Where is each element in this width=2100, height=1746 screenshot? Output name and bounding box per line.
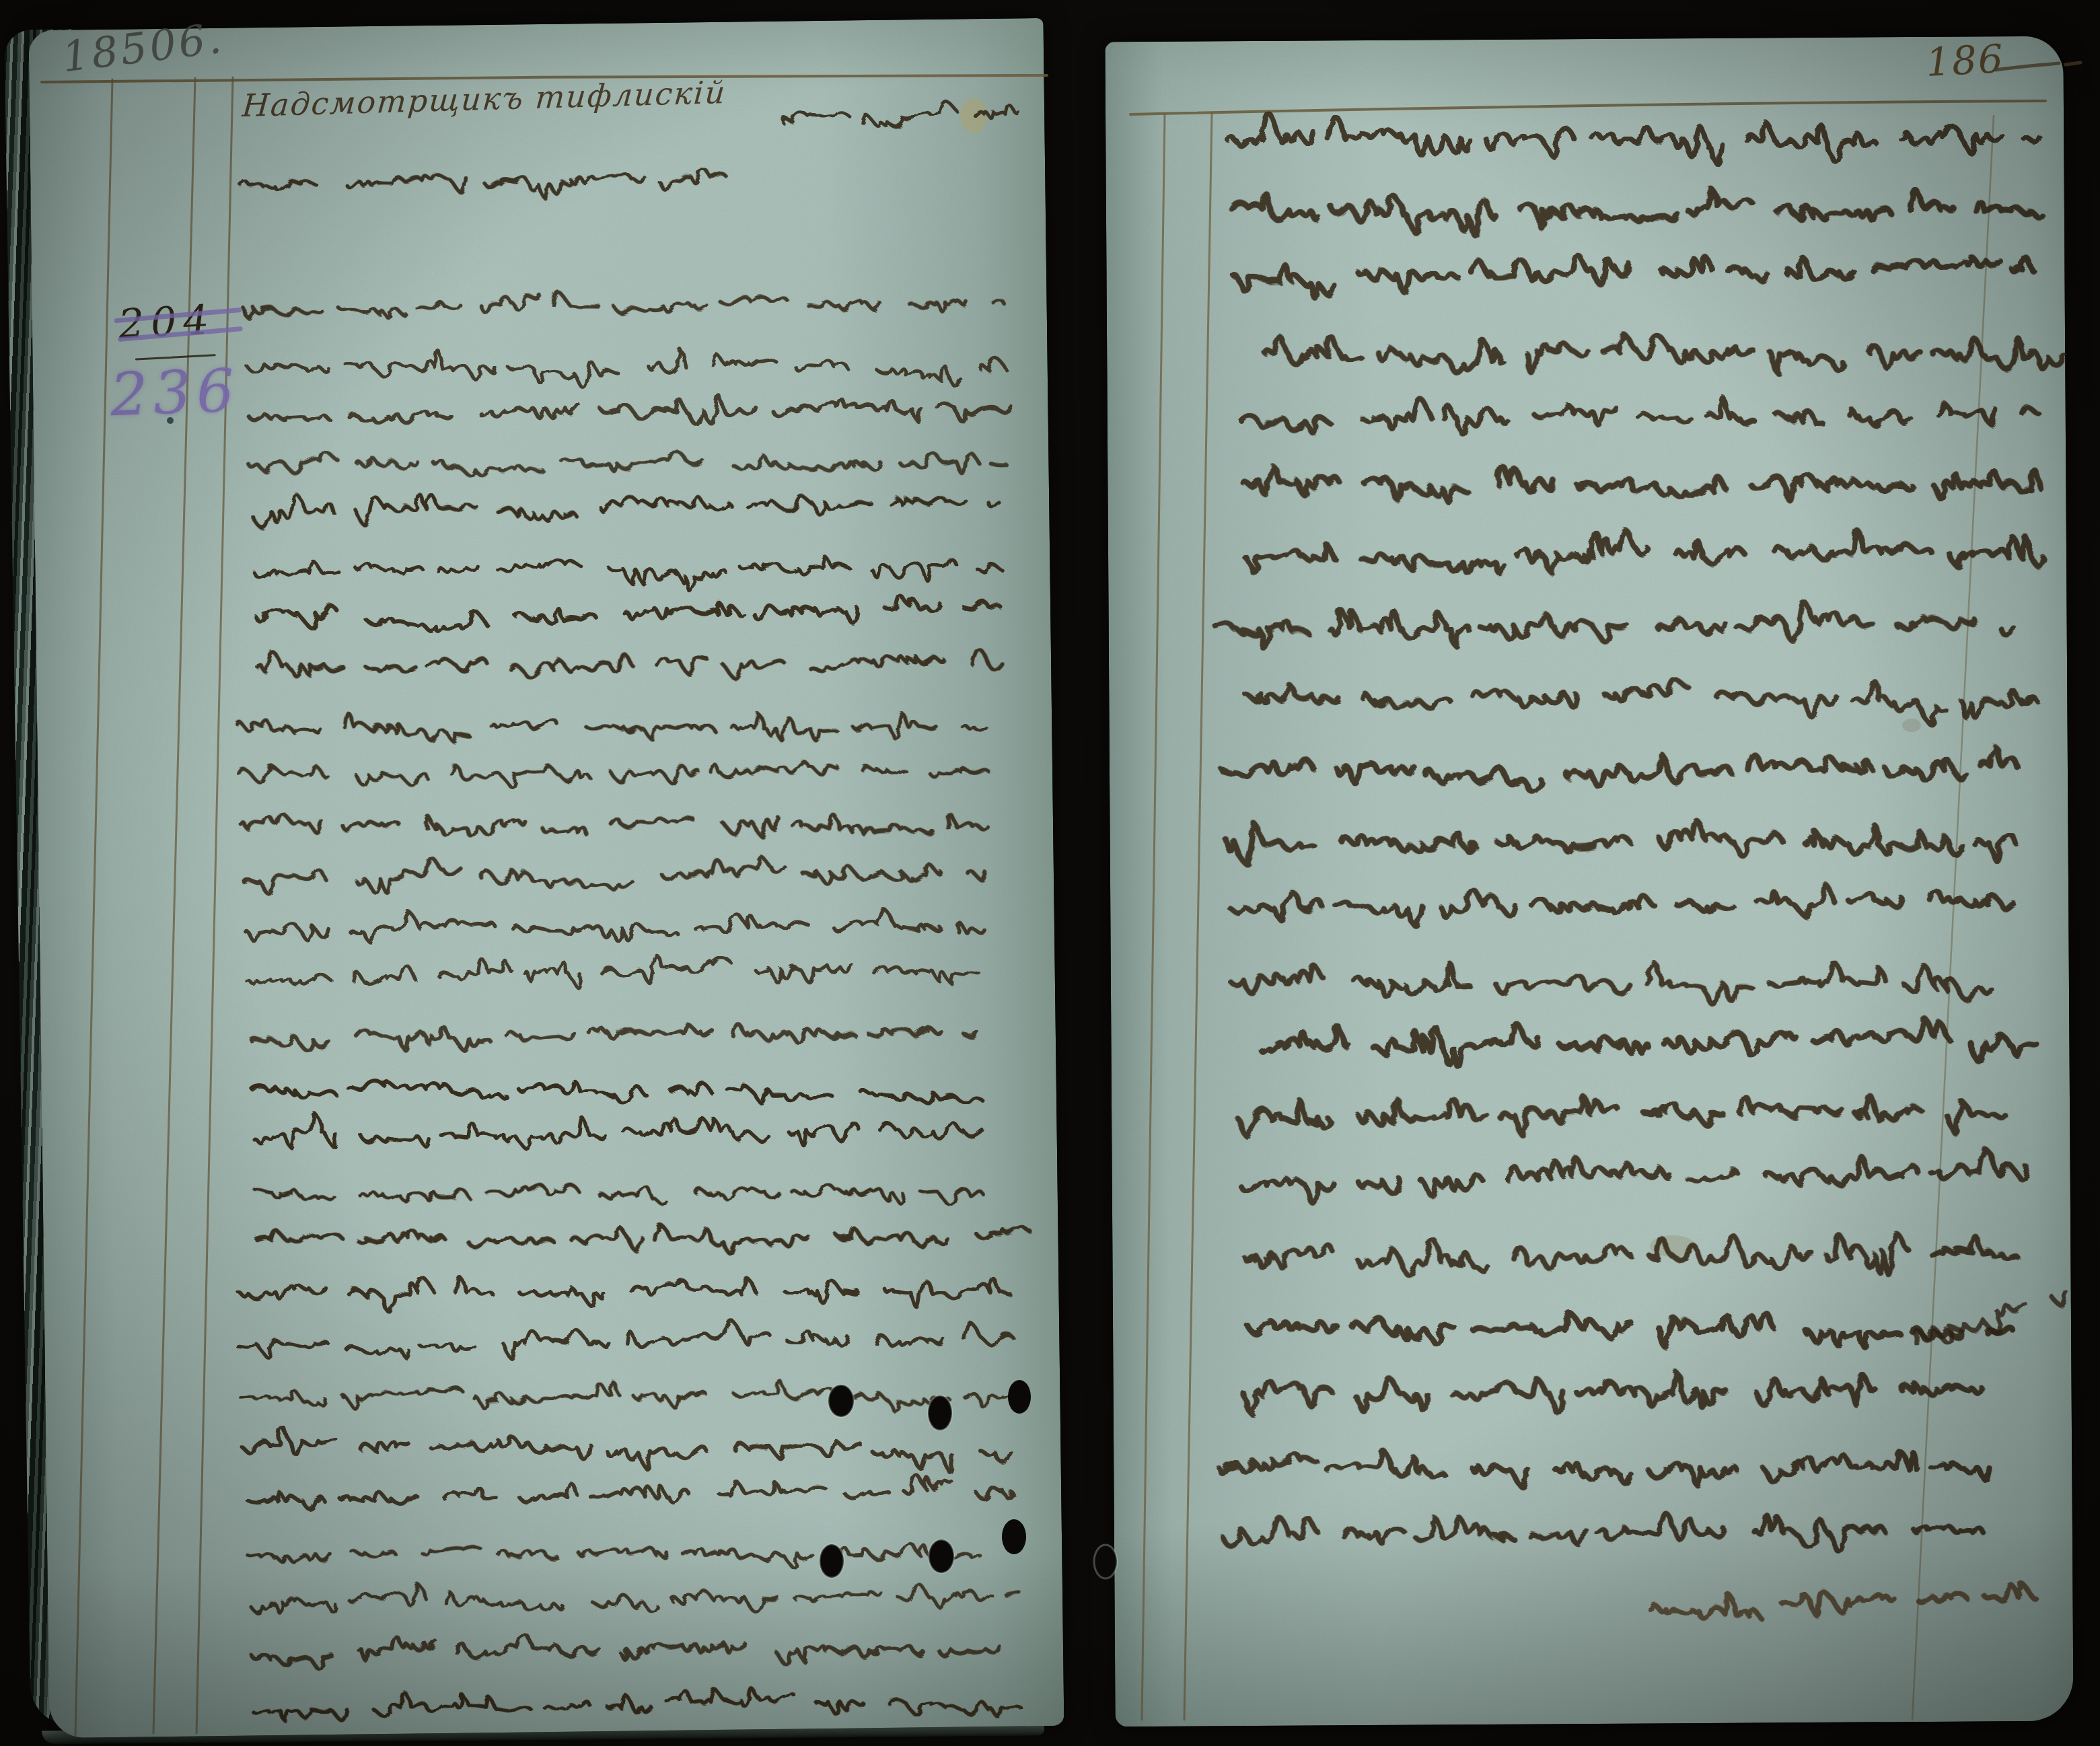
manuscript-book: 18506. Надсмотрщикъ тифлискій 186 204 23… [0,0,2100,1746]
paper-grain-texture [27,17,2076,1736]
current-margin-number: 236 [109,356,240,430]
page-markings-overlay [0,0,2100,1746]
page-number: 186 [1924,36,2005,85]
cancelled-margin-number: 204 [117,296,217,348]
